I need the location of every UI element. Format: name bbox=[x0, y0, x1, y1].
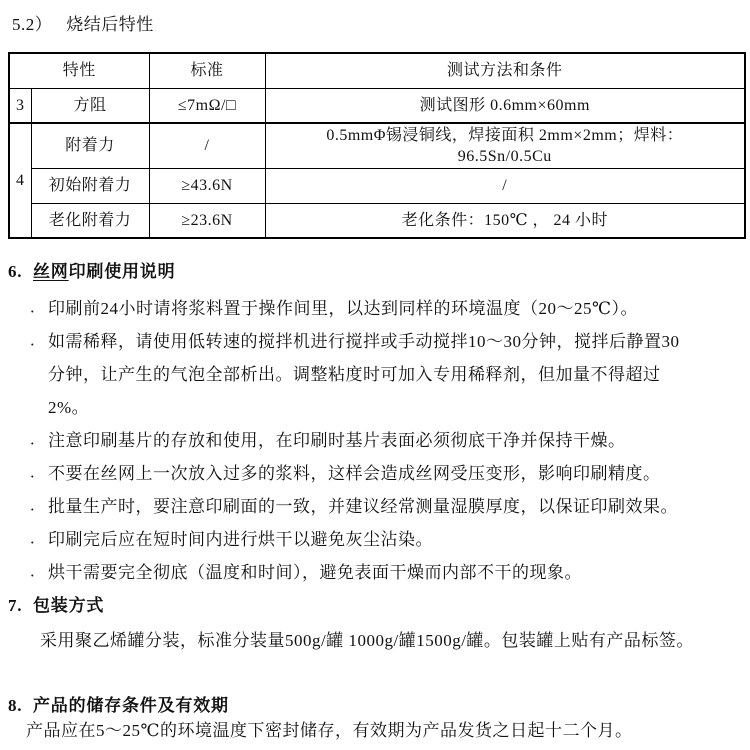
cell-method-line1: 0.5mmΦ锡浸铜线，焊接面积 2mm×2mm；焊料： bbox=[270, 125, 741, 146]
cell-characteristic: 方阻 bbox=[31, 88, 149, 123]
table-row: 老化附着力 ≥23.6N 老化条件：150℃ ， 24 小时 bbox=[9, 203, 745, 238]
subtitle-text: 烧结后特性 bbox=[66, 15, 154, 34]
row-number: 4 bbox=[9, 123, 31, 238]
section-8-title: 产品的储存条件及有效期 bbox=[33, 696, 229, 715]
post-sintering-spec-table: 特性 标准 测试方法和条件 3 方阻 ≤7mΩ/□ 测试图形 0.6mm×60m… bbox=[8, 52, 744, 239]
subtitle-number: 5.2） bbox=[12, 15, 52, 34]
table-row: 3 方阻 ≤7mΩ/□ 测试图形 0.6mm×60mm bbox=[9, 88, 745, 123]
list-item-text: 注意印刷基片的存放和使用，在印刷时基片表面必须彻底干净并保持干燥。 bbox=[48, 424, 626, 457]
list-item: ． 注意印刷基片的存放和使用，在印刷时基片表面必须彻底干净并保持干燥。 bbox=[8, 424, 744, 457]
list-item: ． 印刷前24小时请将浆料置于操作间里，以达到同样的环境温度（20～25℃）。 bbox=[8, 292, 744, 325]
section-6-number: 6. bbox=[8, 262, 33, 282]
header-standard: 标准 bbox=[149, 53, 265, 88]
cell-method: / bbox=[265, 168, 745, 203]
cell-method-line2: 96.5Sn/0.5Cu bbox=[270, 146, 741, 167]
cell-characteristic: 附着力 bbox=[31, 123, 149, 168]
bullet-marker: ． bbox=[30, 556, 48, 589]
table-row: 初始附着力 ≥43.6N / bbox=[9, 168, 745, 203]
section-8-body: 产品应在5～25℃的环境温度下密封储存，有效期为产品发货之日起十二个月。 bbox=[8, 719, 744, 743]
section-7-number: 7. bbox=[8, 596, 33, 616]
section-storage-conditions: 8.产品的储存条件及有效期 产品应在5～25℃的环境温度下密封储存，有效期为产品… bbox=[8, 691, 744, 743]
cell-method: 测试图形 0.6mm×60mm bbox=[265, 88, 745, 123]
list-item-text: 不要在丝网上一次放入过多的浆料，这样会造成丝网受压变形，影响印刷精度。 bbox=[48, 457, 661, 490]
section-7-body: 采用聚乙烯罐分装，标准分装量500g/罐 1000g/罐1500g/罐。包装罐上… bbox=[8, 629, 744, 653]
bullet-marker: ． bbox=[30, 292, 48, 325]
cell-method: 老化条件：150℃ ， 24 小时 bbox=[265, 203, 745, 238]
instruction-list: ． 印刷前24小时请将浆料置于操作间里，以达到同样的环境温度（20～25℃）。 … bbox=[8, 292, 744, 589]
bullet-marker: ． bbox=[30, 523, 48, 556]
bullet-marker: ． bbox=[30, 457, 48, 490]
row-number: 3 bbox=[9, 88, 31, 123]
bullet-marker: ． bbox=[30, 490, 48, 523]
cell-characteristic: 初始附着力 bbox=[31, 168, 149, 203]
bullet-marker: ． bbox=[30, 325, 48, 358]
section-6-title-underlined: 丝网 bbox=[33, 262, 69, 281]
list-item-text: 烘干需要完全彻底（温度和时间），避免表面干燥而内部不干的现象。 bbox=[48, 556, 582, 589]
cell-standard: ≥43.6N bbox=[149, 168, 265, 203]
list-item: ． 印刷完后应在短时间内进行烘干以避免灰尘沾染。 bbox=[8, 523, 744, 556]
list-item: ． 不要在丝网上一次放入过多的浆料，这样会造成丝网受压变形，影响印刷精度。 bbox=[8, 457, 744, 490]
header-characteristic: 特性 bbox=[9, 53, 149, 88]
section-packaging: 7.包装方式 采用聚乙烯罐分装，标准分装量500g/罐 1000g/罐1500g… bbox=[8, 591, 744, 653]
cell-standard: / bbox=[149, 123, 265, 168]
cell-method: 0.5mmΦ锡浸铜线，焊接面积 2mm×2mm；焊料：96.5Sn/0.5Cu bbox=[265, 123, 745, 168]
list-item: ． 批量生产时，要注意印刷面的一致，并建议经常测量湿膜厚度，以保证印刷效果。 bbox=[8, 490, 744, 523]
list-item-text: 印刷前24小时请将浆料置于操作间里，以达到同样的环境温度（20～25℃）。 bbox=[48, 292, 638, 325]
section-7-title: 包装方式 bbox=[33, 596, 104, 615]
table-header-row: 特性 标准 测试方法和条件 bbox=[9, 53, 745, 88]
cell-characteristic: 老化附着力 bbox=[31, 203, 149, 238]
cell-standard: ≤7mΩ/□ bbox=[149, 88, 265, 123]
list-item: ． 烘干需要完全彻底（温度和时间），避免表面干燥而内部不干的现象。 bbox=[8, 556, 744, 589]
bullet-marker: ． bbox=[30, 424, 48, 457]
page-subtitle: 5.2）烧结后特性 bbox=[12, 10, 154, 35]
section-7-heading: 7.包装方式 bbox=[8, 591, 744, 616]
section-screen-printing-instructions: 6.丝网印刷使用说明 ． 印刷前24小时请将浆料置于操作间里，以达到同样的环境温… bbox=[8, 257, 744, 589]
list-item-text: 印刷完后应在短时间内进行烘干以避免灰尘沾染。 bbox=[48, 523, 433, 556]
section-8-number: 8. bbox=[8, 696, 33, 716]
table-row: 4 附着力 / 0.5mmΦ锡浸铜线，焊接面积 2mm×2mm；焊料：96.5S… bbox=[9, 123, 745, 168]
list-item-text: 批量生产时，要注意印刷面的一致，并建议经常测量湿膜厚度，以保证印刷效果。 bbox=[48, 490, 678, 523]
list-item: ． 如需稀释，请使用低转速的搅拌机进行搅拌或手动搅拌10～30分钟，搅拌后静置3… bbox=[8, 325, 744, 424]
cell-standard: ≥23.6N bbox=[149, 203, 265, 238]
section-6-heading: 6.丝网印刷使用说明 bbox=[8, 257, 744, 282]
section-8-heading: 8.产品的储存条件及有效期 bbox=[8, 691, 744, 716]
list-item-text: 如需稀释，请使用低转速的搅拌机进行搅拌或手动搅拌10～30分钟，搅拌后静置30分… bbox=[48, 325, 696, 424]
section-6-title-rest: 印刷使用说明 bbox=[69, 262, 176, 281]
header-method: 测试方法和条件 bbox=[265, 53, 745, 88]
